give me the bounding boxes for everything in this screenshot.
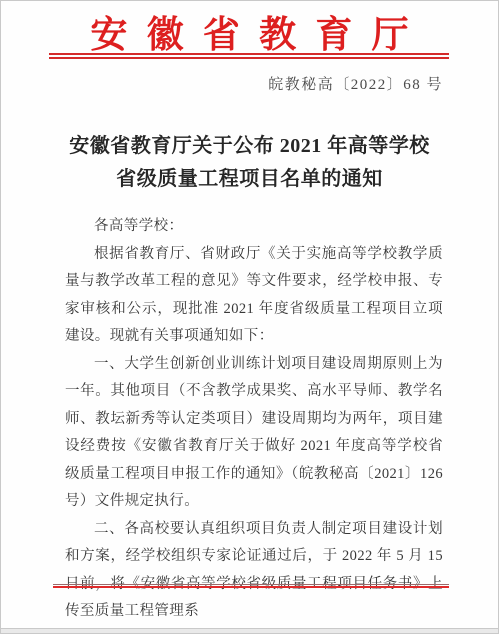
notice-title: 安徽省教育厅关于公布 2021 年高等学校 省级质量工程项目名单的通知 (1, 130, 498, 196)
paragraph-item-2: 二、各高校要认真组织项目负责人制定项目建设计划和方案，经学校组织专家论证通过后，… (65, 516, 443, 626)
agency-header: 安徽省教育厅 (1, 4, 498, 58)
official-document-page: 安徽省教育厅 皖教秘高〔2022〕68 号 安徽省教育厅关于公布 2021 年高… (0, 0, 499, 634)
document-number: 皖教秘高〔2022〕68 号 (268, 73, 443, 94)
paragraph-intro: 根据省教育厅、省财政厅《关于实施高等学校教学质量与教学改革工程的意见》等文件要求… (65, 241, 443, 351)
notice-title-line1: 安徽省教育厅关于公布 2021 年高等学校 (1, 130, 498, 163)
footer-double-rule (53, 584, 449, 588)
header-double-rule (49, 53, 449, 59)
notice-body: 各高等学校： 根据省教育厅、省财政厅《关于实施高等学校教学质量与教学改革工程的意… (65, 213, 443, 626)
paragraph-item-1: 一、大学生创新创业训练计划项目建设周期原则上为一年。其他项目（不含教学成果奖、高… (65, 351, 443, 516)
page-bottom-edge (1, 628, 498, 633)
salutation: 各高等学校： (65, 213, 443, 241)
notice-title-line2: 省级质量工程项目名单的通知 (1, 163, 498, 196)
